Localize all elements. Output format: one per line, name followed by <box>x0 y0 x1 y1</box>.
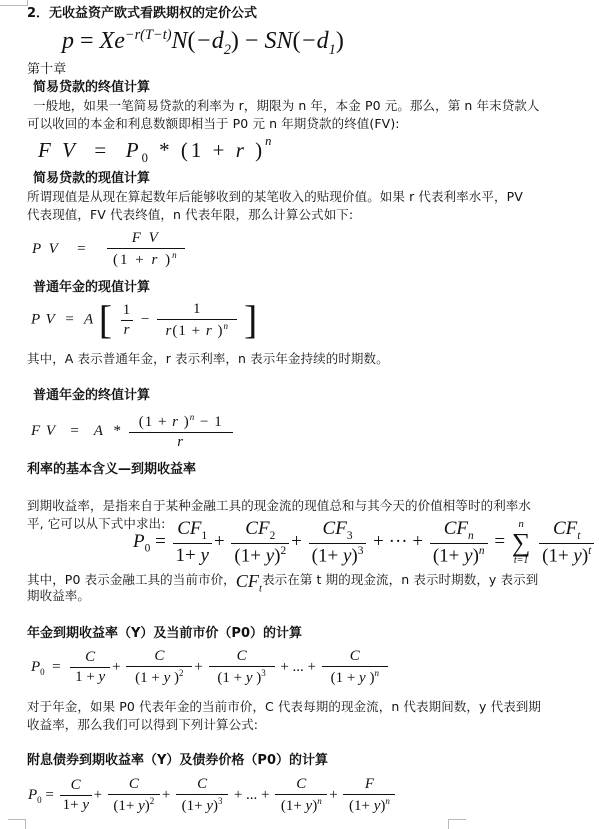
heading-ytm-basic-meaning: 利率的基本含义—到期收益率 <box>27 462 196 478</box>
note-ytm-2: 期收益率。 <box>27 588 90 604</box>
page-corner-mark-bottom-left <box>8 819 26 829</box>
note-ytm-1: 其中，P0 表示金融工具的当前市价，CFt表示在第 t 期的现金流，n 表示时期… <box>27 570 538 594</box>
heading-annuity-pv: 普通年金的现值计算 <box>33 280 150 296</box>
paragraph-annuity-ytm-2: 收益率，那么我们可以得到下列计算公式: <box>27 717 258 733</box>
paragraph-simple-loan-fv-2: 可以收回的本金和利息数额即相当于 P0 元 n 年期贷款的终值(FV): <box>27 116 400 132</box>
note-annuity-pv: 其中，A 表示普通年金，r 表示利率，n 表示年金持续的时期数。 <box>27 351 389 367</box>
formula-annuity-fv: F V = A * (1 + r )n − 1r <box>31 412 235 451</box>
heading-coupon-bond: 附息债券到期收益率（Y）及债券价格（P0）的计算 <box>27 753 328 769</box>
paragraph-annuity-ytm-1: 对于年金，如果 P0 代表年金的当前市价，C 代表每期的现金流，n 代表期间数，… <box>27 699 541 715</box>
paragraph-simple-loan-pv-2: 代表现值，FV 代表终值，n 代表年限，那么计算公式如下: <box>27 207 353 223</box>
page-corner-mark-top-left <box>0 0 28 6</box>
formula-simple-loan-pv: P V = F V (1 + r )n <box>32 230 187 269</box>
heading-simple-loan-pv: 简易贷款的现值计算 <box>33 171 150 187</box>
paragraph-ytm-1: 到期收益率，是指来自于某种金融工具的现金流的现值总和与其今天的价值相等时的利率水 <box>27 498 531 514</box>
formula-ytm: P0 = CF11+ y+ CF2(1+ y)2+ CF3(1+ y)3 + ·… <box>133 518 596 567</box>
heading-simple-loan-fv: 简易贷款的终值计算 <box>33 80 150 96</box>
formula-simple-loan-fv: F V = P0 * (1 + r )n <box>38 138 274 166</box>
page-corner-mark-bottom-right <box>448 819 466 829</box>
heading-annuity-ytm: 年金到期收益率（Y）及当前市价（P0）的计算 <box>27 626 302 642</box>
paragraph-simple-loan-fv-1: 一般地，如果一笔简易贷款的利率为 r，期限为 n 年，本金 P0 元。那么，第 … <box>33 98 540 114</box>
paragraph-simple-loan-pv-1: 所谓现值是从现在算起数年后能够收到的某笔收入的贴现价值。如果 r 代表利率水平，… <box>27 189 523 205</box>
formula-annuity-ytm: P0 = C1 + y+ C(1 + y )2+ C(1 + y )3 + ..… <box>31 648 390 687</box>
heading-put-option-pricing: 2．无收益资产欧式看跌期权的定价公式 <box>27 6 257 22</box>
heading-annuity-fv: 普通年金的终值计算 <box>33 388 150 404</box>
formula-put-option: p = Xe−r(T−t)N(−d2) − SN(−d1) <box>62 27 344 59</box>
chapter-label: 第十章 <box>27 62 66 78</box>
formula-annuity-pv: P V = A [ 1r − 1r(1 + r )n ] <box>31 300 258 340</box>
formula-coupon-bond: P0 = C1+ y+ C(1+ y)2+ C(1+ y)3 + ... + C… <box>28 776 397 815</box>
